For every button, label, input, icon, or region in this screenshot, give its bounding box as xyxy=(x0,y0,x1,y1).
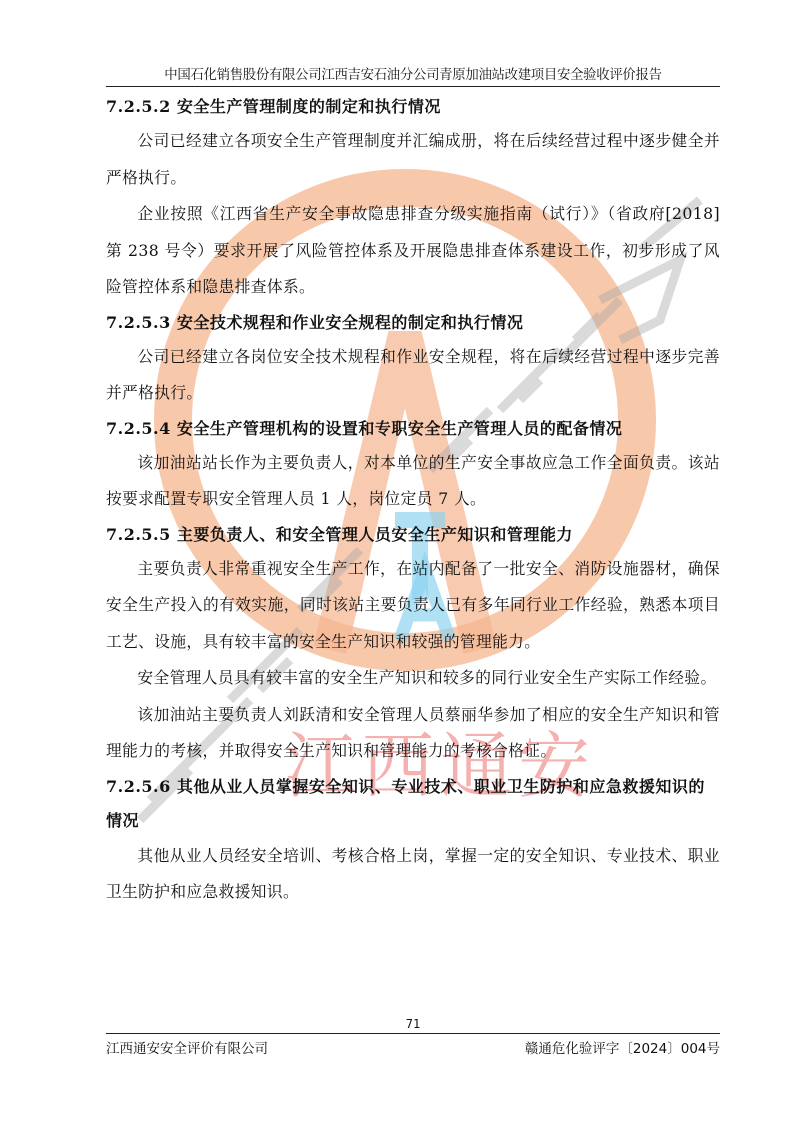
footer-company: 江西通安安全评价有限公司 xyxy=(106,1037,268,1057)
paragraph: 其他从业人员经安全培训、考核合格上岗，掌握一定的安全知识、专业技术、职业卫生防护… xyxy=(106,838,720,911)
running-header-title: 中国石化销售股份有限公司江西吉安石油分公司青原加油站改建项目安全验收评价报告 xyxy=(106,64,720,83)
paragraph: 企业按照《江西省生产安全事故隐患排查分级实施指南（试行）》（省政府[2018]第… xyxy=(106,196,720,306)
paragraph: 主要负责人非常重视安全生产工作，在站内配备了一批安全、消防设施器材，确保安全生产… xyxy=(106,551,720,661)
section-7-2-5-3: 7.2.5.3 安全技术规程和作业安全规程的制定和执行情况 公司已经建立各岗位安… xyxy=(106,306,720,412)
paragraph: 该加油站站长作为主要负责人，对本单位的生产安全事故应急工作全面负责。该站按要求配… xyxy=(106,445,720,518)
paragraph: 该加油站主要负责人刘跃清和安全管理人员蔡丽华参加了相应的安全生产知识和管理能力的… xyxy=(106,697,720,770)
section-7-2-5-5: 7.2.5.5 主要负责人、和安全管理人员安全生产知识和管理能力 主要负责人非常… xyxy=(106,518,720,770)
section-7-2-5-6: 7.2.5.6 其他从业人员掌握安全知识、专业技术、职业卫生防护和应急救援知识的… xyxy=(106,770,720,911)
paragraph: 安全管理人员具有较丰富的安全生产知识和较多的同行业安全生产实际工作经验。 xyxy=(106,660,720,697)
section-heading: 7.2.5.3 安全技术规程和作业安全规程的制定和执行情况 xyxy=(106,306,720,339)
page-number: 71 xyxy=(106,1017,720,1031)
header-divider xyxy=(106,86,720,87)
footer-divider xyxy=(106,1033,720,1034)
paragraph: 公司已经建立各岗位安全技术规程和作业安全规程，将在后续经营过程中逐步完善并严格执… xyxy=(106,339,720,412)
document-page: 江西通安 中国石化销售股份有限公司江西吉安石油分公司青原加油站改建项目安全验收评… xyxy=(0,0,793,1122)
section-heading: 7.2.5.2 安全生产管理制度的制定和执行情况 xyxy=(106,90,720,123)
footer-document-code: 赣通危化验评字〔2024〕004号 xyxy=(525,1037,720,1057)
section-7-2-5-4: 7.2.5.4 安全生产管理机构的设置和专职安全生产管理人员的配备情况 该加油站… xyxy=(106,412,720,518)
section-heading: 7.2.5.4 安全生产管理机构的设置和专职安全生产管理人员的配备情况 xyxy=(106,412,720,445)
section-7-2-5-2: 7.2.5.2 安全生产管理制度的制定和执行情况 公司已经建立各项安全生产管理制… xyxy=(106,90,720,306)
document-body: 7.2.5.2 安全生产管理制度的制定和执行情况 公司已经建立各项安全生产管理制… xyxy=(106,90,720,911)
paragraph: 公司已经建立各项安全生产管理制度并汇编成册，将在后续经营过程中逐步健全并严格执行… xyxy=(106,123,720,196)
section-heading: 7.2.5.5 主要负责人、和安全管理人员安全生产知识和管理能力 xyxy=(106,518,720,551)
section-heading: 7.2.5.6 其他从业人员掌握安全知识、专业技术、职业卫生防护和应急救援知识的… xyxy=(106,770,720,838)
